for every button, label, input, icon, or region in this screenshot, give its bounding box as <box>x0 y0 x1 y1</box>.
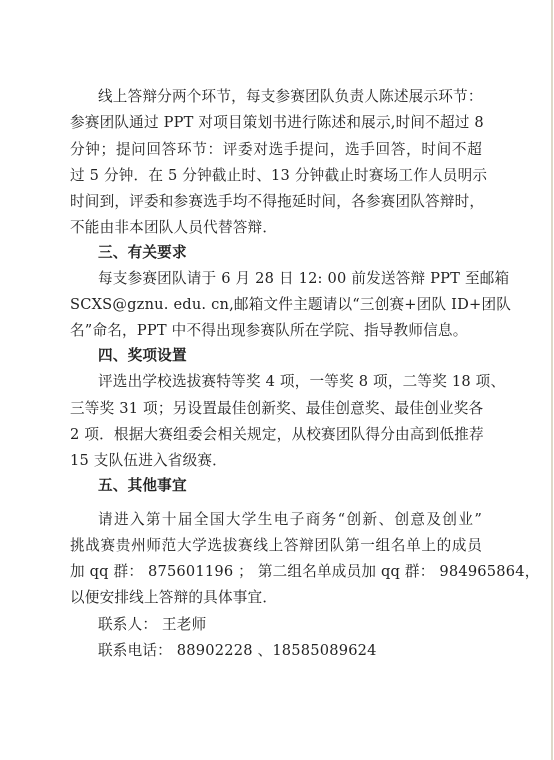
paragraph-line: SCXS@gznu. edu. cn,邮箱文件主题请以“三创赛+团队 ID+团队 <box>70 292 482 318</box>
paragraph-line: 挑战赛贵州师范大学选拔赛线上答辩团队第一组名单上的成员 <box>70 533 482 559</box>
paragraph-line: 不能由非本团队人员代替答辩． <box>70 215 277 241</box>
paragraph-line: 每支参赛团队请于 6 月 28 日 12: 00 前发送答辩 PPT 至邮箱 <box>98 266 482 292</box>
paragraph-line: 2 项．根据大赛组委会相关规定，从校赛团队得分由高到低推荐 <box>70 422 482 448</box>
paragraph-line: 名”命名，PPT 中不得出现参赛队所在学院、指导教师信息。 <box>70 318 468 344</box>
paragraph-line: 15 支队伍进入省级赛． <box>70 448 227 474</box>
page-edge <box>551 0 553 760</box>
paragraph-line: 以便安排线上答辩的具体事宜． <box>70 585 277 611</box>
paragraph-line: 线上答辩分两个环节，每支参赛团队负责人陈述展示环节： <box>98 84 482 110</box>
section-heading-requirements: 三、有关要求 <box>98 240 187 266</box>
paragraph-line: 加 qq 群： 875601196 ； 第二组名单成员加 qq 群： 98496… <box>70 559 482 585</box>
paragraph-line: 参赛团队通过 PPT 对项目策划书进行陈述和展示,时间不超过 8 <box>70 110 482 136</box>
paragraph-line: 请进入第十届全国大学生电子商务“创新、创意及创业” <box>98 507 482 533</box>
paragraph-line: 分钟；提问回答环节：评委对选手提问，选手回答，时间不超 <box>70 137 482 163</box>
paragraph-line: 时间到，评委和参赛选手均不得拖延时间，各参赛团队答辩时， <box>70 189 482 215</box>
section-heading-awards: 四、奖项设置 <box>98 343 187 369</box>
paragraph-line: 三等奖 31 项；另设置最佳创新奖、最佳创意奖、最佳创业奖各 <box>70 396 482 422</box>
paragraph-line: 评选出学校选拔赛特等奖 4 项，一等奖 8 项，二等奖 18 项、 <box>98 369 482 395</box>
paragraph-line: 过 5 分钟．在 5 分钟截止时、13 分钟截止时赛场工作人员明示 <box>70 163 482 189</box>
contact-person: 联系人： 王老师 <box>98 612 206 638</box>
contact-phone: 联系电话： 88902228 、18585089624 <box>98 638 377 664</box>
section-heading-other-matters: 五、其他事宜 <box>98 473 187 499</box>
